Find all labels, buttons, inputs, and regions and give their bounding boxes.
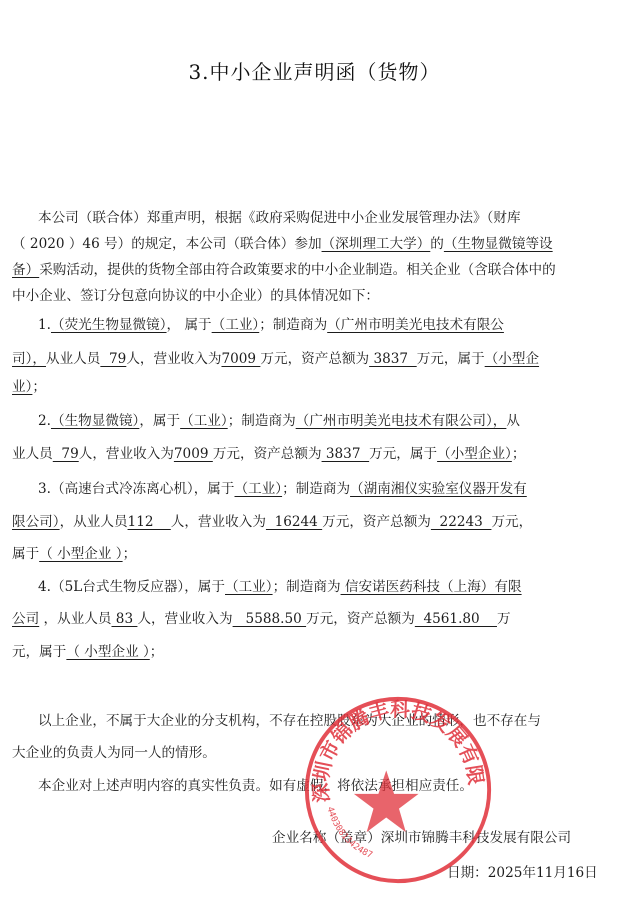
item-1-maker-part-2: 司）， <box>12 351 46 367</box>
item-4-end: ； <box>150 644 164 660</box>
item-2-maker-label: ；制造商为 <box>228 413 296 429</box>
project-name-part-1: （生物显微镜等设 <box>444 236 553 252</box>
item-3-number: 3. <box>38 481 51 497</box>
item-4-maker-label: ；制造商为 <box>273 579 341 595</box>
item-4-maker-part-1: 信安诺医药科技（上海）有限 <box>341 579 522 595</box>
item-3-line-1: 3.（高速台式冷冻离心机），属于（工业）；制造商为（湖南湘仪实验室仪器开发有 <box>38 477 527 497</box>
item-4-revenue-label: 人，营业收入为 <box>137 611 232 627</box>
item-1-line-1: 1.（荧光生物显微镜）， 属于（工业）；制造商为（广州市明美光电技术有限公 <box>38 313 504 333</box>
item-3-staff-label: ，从业人员 <box>60 514 128 530</box>
item-4-staff-label: ，从业人员 <box>39 611 111 627</box>
item-4-size: （ 小型企业 ） <box>66 644 149 660</box>
signature-company: 企业名称（盖章）深圳市锦腾丰科技发展有限公司 <box>272 826 571 846</box>
item-3-assets-unit: 万元， <box>491 514 532 530</box>
intro-line-4: 中小企业、签订分包意向协议的中小企业）的具体情况如下： <box>12 284 379 304</box>
purchaser-name: （深圳理工大学） <box>322 236 431 252</box>
item-4-industry-label: ，属于 <box>184 579 225 595</box>
item-2-line-2: 业人员 79人，营业收入为7009 万元，资产总额为 3837 万元，属于（小型… <box>12 442 525 462</box>
company-name: 深圳市锦腾丰科技发展有限公司 <box>381 830 571 846</box>
item-4-staff: 83 <box>111 611 137 627</box>
item-2-maker: （广州市明美光电技术有限公司）， <box>296 413 507 429</box>
item-2-assets: 3837 <box>322 446 370 462</box>
item-3-assets-label: 万元，资产总额为 <box>322 514 431 530</box>
item-2-size-label: 万元，属于 <box>369 446 437 462</box>
item-2-revenue-label: 人，营业收入为 <box>79 446 174 462</box>
item-3-size: （ 小型企业 ） <box>39 546 122 562</box>
item-2-product: （生物显微镜） <box>51 413 139 429</box>
item-1-assets: 3837 <box>369 351 417 367</box>
item-4-assets-unit: 万 <box>497 611 511 627</box>
item-4-number: 4. <box>38 579 51 595</box>
item-1-maker-part-1: （广州市明美光电技术有限公 <box>327 317 504 333</box>
item-4-product: （5L台式生物反应器） <box>51 579 184 595</box>
intro-line-2: （ 2020 ）46 号）的规定，本公司（联合体）参加（深圳理工大学）的（生物显… <box>12 232 553 252</box>
item-3-staff: 112 <box>128 514 171 530</box>
item-3-assets: 22243 <box>431 514 492 530</box>
item-4-assets-label: 万元，资产总额为 <box>306 611 415 627</box>
item-4-maker-part-2: 公司 <box>12 611 39 627</box>
item-1-size-label: 万元，属于 <box>417 351 485 367</box>
company-label: 企业名称（盖章） <box>272 830 381 846</box>
item-2-revenue: 7009 <box>174 446 213 462</box>
item-2-staff: 79 <box>53 446 79 462</box>
item-1-line-3: 业）； <box>12 375 46 395</box>
item-3-size-label: 属于 <box>12 546 39 562</box>
item-4-assets: 4561.80 <box>415 611 497 627</box>
closing-line-3: 本企业对上述声明内容的真实性负责。如有虚假，将依法承担相应责任。 <box>38 774 473 794</box>
project-name-part-2: 备） <box>12 262 39 278</box>
item-1-product: （荧光生物显微镜） <box>51 317 167 333</box>
intro-line-2-of: 的 <box>430 236 444 252</box>
item-3-line-3: 属于（ 小型企业 ）； <box>12 542 136 562</box>
closing-line-1: 以上企业，不属于大企业的分支机构，不存在控股股东为大企业的情形，也不存在与 <box>38 709 541 729</box>
item-3-maker-part-2: 限公司） <box>12 514 60 530</box>
item-4-line-2: 公司 ，从业人员 83 人，营业收入为 5588.50 万元，资产总额为 456… <box>12 607 511 627</box>
item-1-size-part-2: 业） <box>12 379 32 395</box>
item-3-revenue: 16244 <box>266 514 322 530</box>
item-2-industry-label: ，属于 <box>139 413 180 429</box>
item-3-industry: （工业） <box>235 481 283 497</box>
item-1-line-2: 司），从业人员 79人，营业收入为7009 万元，资产总额为 3837 万元，属… <box>12 347 539 367</box>
page-title: 3.中小企业声明函（货物） <box>0 56 629 85</box>
item-2-maker-suffix: 从 <box>506 413 520 429</box>
item-2-number: 2. <box>38 413 51 429</box>
item-1-assets-label: 万元，资产总额为 <box>260 351 369 367</box>
item-3-line-2: 限公司），从业人员112 人，营业收入为 16244 万元，资产总额为 2224… <box>12 510 532 530</box>
item-4-line-1: 4.（5L台式生物反应器），属于（工业）；制造商为 信安诺医药科技（上海）有限 <box>38 575 522 595</box>
intro-line-3-text: 采购活动，提供的货物全部由符合政策要求的中小企业制造。相关企业（含联合体中的 <box>39 262 556 278</box>
item-1-staff: 79 <box>100 351 126 367</box>
signature-date: 日期：2025年11月16日 <box>447 861 598 881</box>
item-4-line-3: 元，属于（ 小型企业 ）； <box>12 640 163 660</box>
item-1-size-part-1: （小型企 <box>485 351 539 367</box>
item-1-maker-label: ；制造商为 <box>259 317 327 333</box>
item-2-line-1: 2.（生物显微镜），属于（工业）；制造商为（广州市明美光电技术有限公司），从 <box>38 409 520 429</box>
item-1-industry-label: ， 属于 <box>167 317 212 333</box>
item-3-maker-part-1: （湖南湘仪实验室仪器开发有 <box>350 481 527 497</box>
date-label: 日期： <box>447 865 488 881</box>
item-3-maker-label: ；制造商为 <box>282 481 350 497</box>
item-2-industry: （工业） <box>180 413 228 429</box>
closing-line-2: 大企业的负责人为同一人的情形。 <box>12 741 216 761</box>
item-2-staff-label: 业人员 <box>12 446 53 462</box>
item-4-industry: （工业） <box>225 579 273 595</box>
intro-line-1: 本公司（联合体）郑重声明，根据《政府采购促进中小企业发展管理办法》（财库 <box>38 206 521 226</box>
date-value: 2025年11月16日 <box>488 865 598 881</box>
item-4-size-label: 元，属于 <box>12 644 66 660</box>
intro-line-3: 备）采购活动，提供的货物全部由符合政策要求的中小企业制造。相关企业（含联合体中的 <box>12 258 556 278</box>
item-2-end: ； <box>512 446 526 462</box>
item-1-industry: （工业） <box>212 317 260 333</box>
item-1-revenue-label: 人，营业收入为 <box>126 351 221 367</box>
item-3-end: ； <box>123 546 137 562</box>
item-3-industry-label: ，属于 <box>194 481 235 497</box>
item-1-end: ； <box>32 379 46 395</box>
item-3-revenue-label: 人，营业收入为 <box>171 514 266 530</box>
item-1-number: 1. <box>38 317 51 333</box>
item-3-product: （高速台式冷冻离心机） <box>51 481 194 497</box>
item-4-revenue: 5588.50 <box>233 611 307 627</box>
item-2-size: （小型企业） <box>437 446 512 462</box>
item-1-staff-label: 从业人员 <box>46 351 100 367</box>
intro-line-2-text: （ 2020 ）46 号）的规定，本公司（联合体）参加 <box>12 236 322 252</box>
item-2-assets-label: 万元，资产总额为 <box>213 446 322 462</box>
item-1-revenue: 7009 <box>221 351 260 367</box>
